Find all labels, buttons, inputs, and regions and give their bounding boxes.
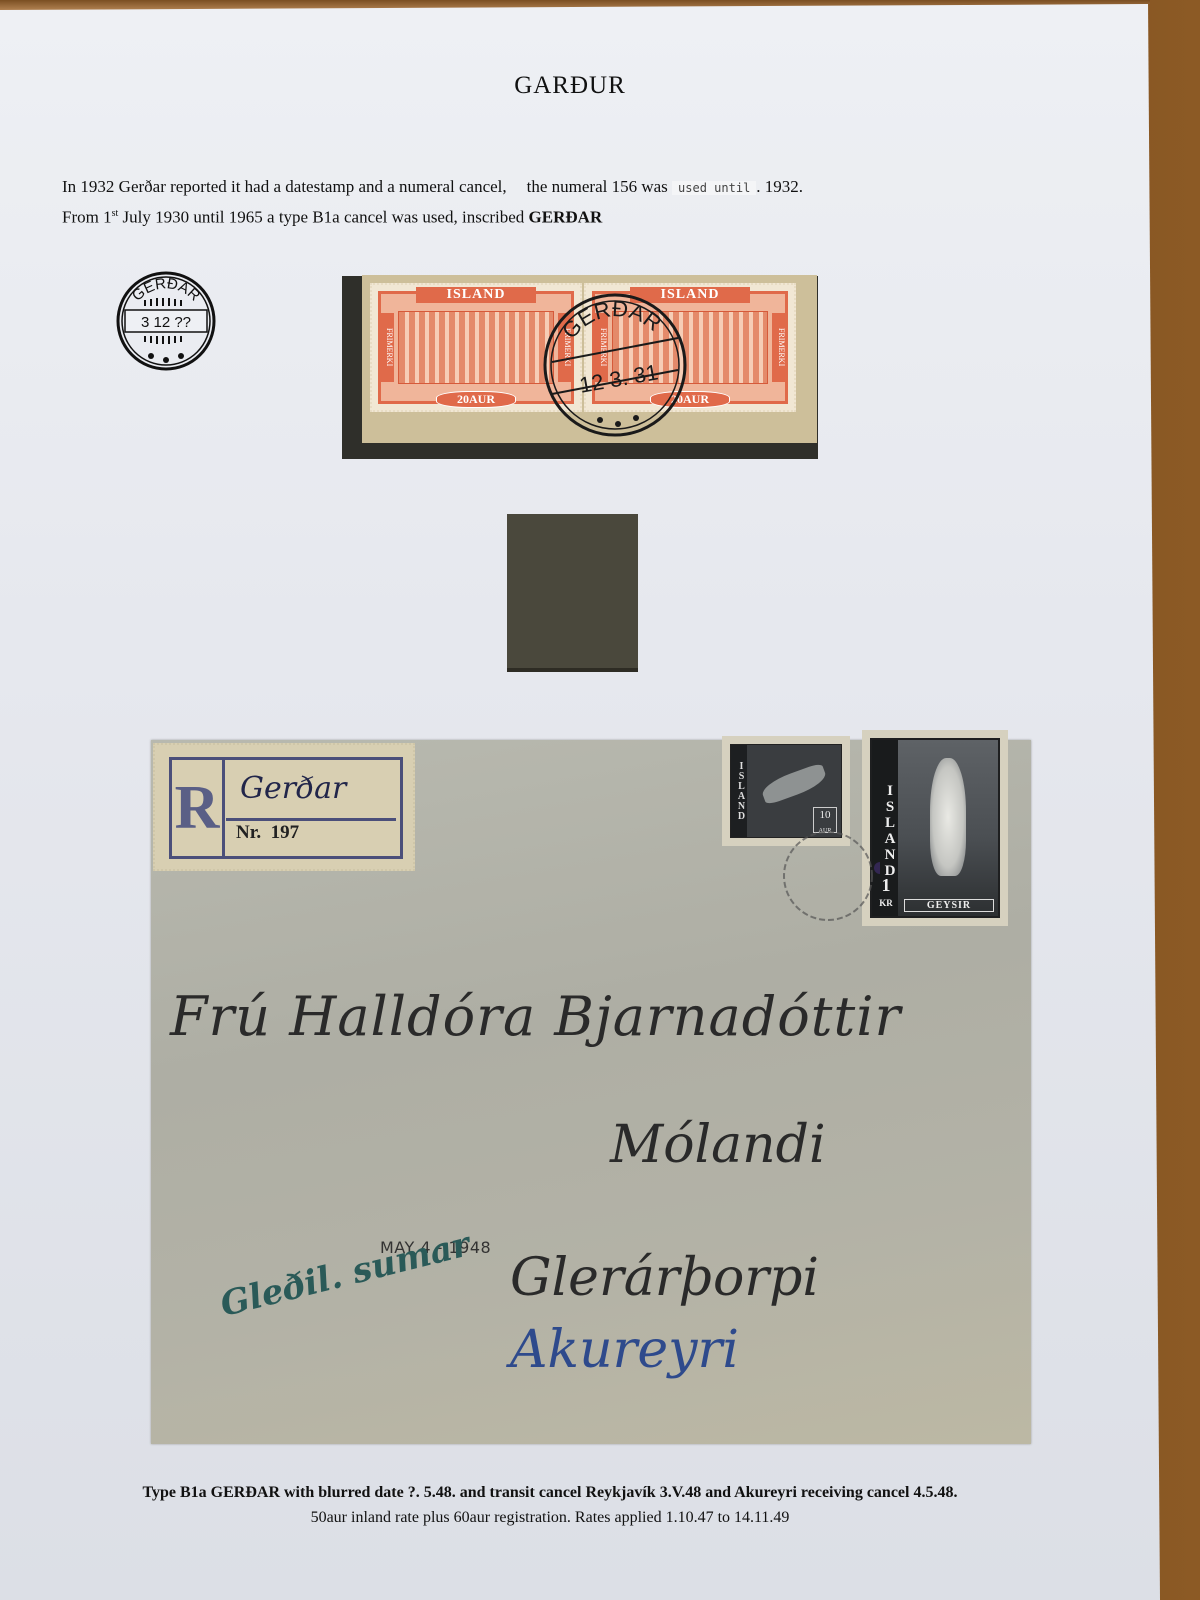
intro-line1-part1: In 1932 Gerðar reported it had a datesta…	[62, 177, 507, 196]
empty-stamp-mount	[507, 514, 638, 672]
geyser-icon	[930, 758, 966, 876]
cancel-inscription: GERÐAR	[529, 208, 603, 227]
cover-caption: Type B1a GERÐAR with blurred date ?. 5.4…	[0, 1480, 1100, 1530]
registration-place: Gerðar	[226, 760, 396, 821]
svg-text:3 12 ??: 3 12 ??	[141, 314, 191, 331]
intro-line2-part1: From 1	[62, 208, 112, 227]
intro-line2-part2: July 1930 until 1965 a type B1a cancel w…	[118, 208, 528, 227]
address-line-village: Glerárþorpi	[510, 1248, 819, 1308]
page-title: GARÐUR	[0, 72, 1140, 100]
registration-number: Nr. 197	[236, 822, 299, 844]
intro-line1-part2: the numeral 156 was	[527, 177, 668, 196]
intro-line1-part3: . 1932.	[756, 177, 803, 196]
registration-label: R Gerðar Nr. 197	[153, 743, 415, 871]
pair-postmark-icon: GERÐAR 12 3. 31	[540, 290, 690, 440]
registration-letter: R	[172, 760, 225, 856]
fish-icon	[759, 762, 829, 805]
svg-text:12 3. 31: 12 3. 31	[577, 359, 660, 397]
address-line-town: Akureyri	[510, 1320, 739, 1380]
stamp-1kr-geysir: ISLAND 1KR GEYSIR	[862, 730, 1008, 926]
building-vignette-icon	[398, 311, 554, 384]
caption-line1: Type B1a GERÐAR with blurred date ?. 5.4…	[0, 1480, 1100, 1505]
intro-text: In 1932 Gerðar reported it had a datesta…	[62, 174, 992, 231]
caption-line2: 50aur inland rate plus 60aur registratio…	[0, 1505, 1100, 1530]
cover-postmark-icon	[770, 830, 880, 930]
sample-cancel-postmark-icon: GERÐAR 3 12 ??	[115, 270, 217, 372]
address-line-name: Frú Halldóra Bjarnadóttir	[170, 985, 901, 1048]
handwritten-note: used until	[672, 181, 756, 195]
address-line-farm: Mólandi	[610, 1115, 826, 1175]
